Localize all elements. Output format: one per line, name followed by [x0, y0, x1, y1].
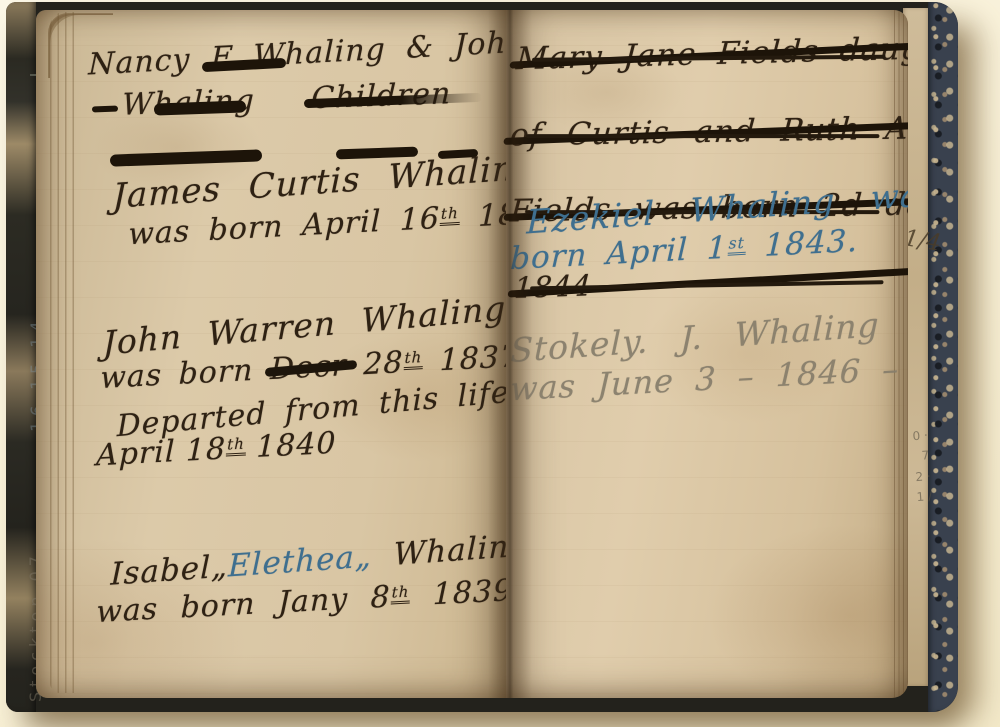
right-edge-number-3: 1 /	[905, 486, 932, 508]
heading-line-1: Nancy F Whaling & John	[88, 24, 527, 82]
photo-backdrop: 3 L 5 16 15 14 Stockton 07 1/4 0 · 7 2 ·…	[0, 0, 1000, 727]
superscript: th	[391, 582, 411, 604]
ink-smear	[110, 149, 262, 166]
struck-entry-line-1: Mary Jane Fields daughter	[515, 31, 908, 78]
left-page: Nancy F Whaling & John Whaling Children …	[36, 10, 506, 698]
superscript: th	[403, 348, 423, 370]
open-page-spread: Nancy F Whaling & John Whaling Children …	[36, 10, 908, 698]
right-page: Mary Jane Fields daughter of Curtis and …	[506, 10, 908, 698]
journal-book: 3 L 5 16 15 14 Stockton 07 1/4 0 · 7 2 ·…	[6, 2, 958, 712]
stacked-page-edges-left	[50, 12, 76, 693]
superscript: st	[727, 233, 746, 255]
right-edge-number-2: 2 ·	[904, 466, 931, 488]
book-marbled-cover-edge	[928, 2, 958, 712]
struck-entry-line-2: of Curtis and Ruth A	[509, 110, 908, 153]
superscript: th	[440, 204, 460, 226]
superscript: th	[226, 434, 246, 456]
inserted-middle-name: Elethea„	[228, 538, 372, 584]
struck-month: Decr	[270, 348, 347, 387]
ink-smear	[92, 106, 118, 113]
